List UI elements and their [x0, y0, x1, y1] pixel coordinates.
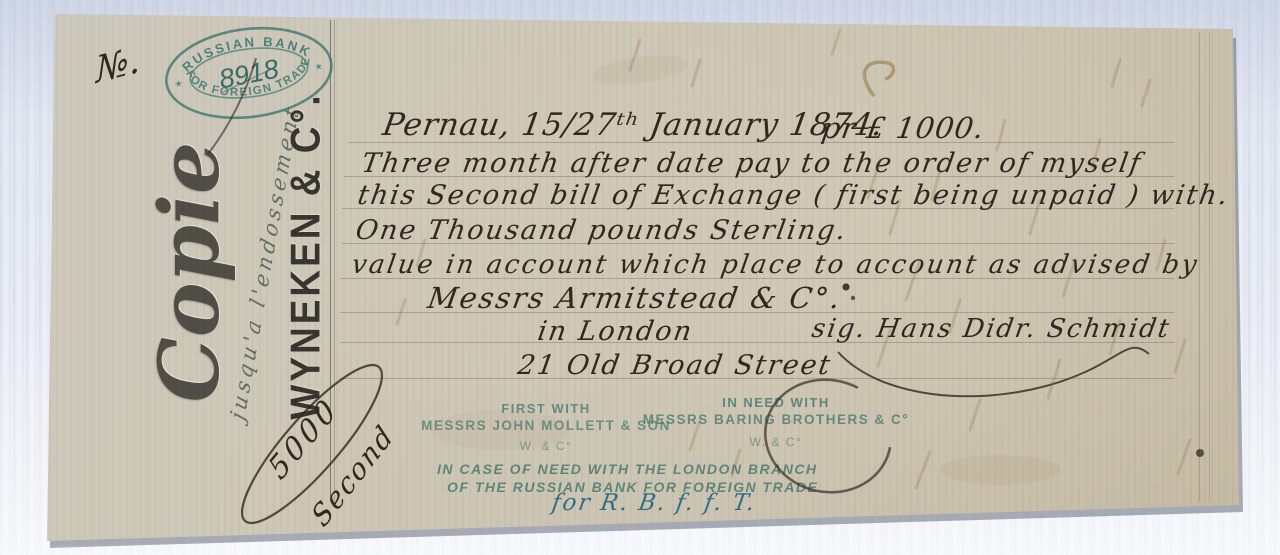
ruled-line — [340, 342, 1174, 343]
number-mark: №. — [95, 42, 140, 90]
stamp-top-text: RUSSIAN BANK — [177, 27, 316, 76]
column-rule — [1199, 32, 1200, 502]
tenor-line: Three month after date pay to the order … — [360, 150, 1144, 177]
endorsement-handwritten: for R. B. f. f. T. — [550, 492, 758, 515]
value-clause-line: value in account which place to account … — [350, 252, 1201, 278]
svg-text:FOR FOREIGN TRADE: FOR FOREIGN TRADE — [183, 54, 317, 106]
notation-5000: 5000 — [264, 392, 344, 485]
amount-words-line: One Thousand pounds Sterling. — [354, 217, 849, 244]
ink-blot — [1196, 449, 1204, 457]
stamp-bottom-text: FOR FOREIGN TRADE — [183, 54, 317, 106]
drawee-city: in London — [536, 318, 695, 345]
bank-stamp: RUSSIAN BANK FOR FOREIGN TRADE ★ ★ 8918 — [158, 16, 340, 132]
soft-stain — [940, 455, 1060, 485]
ink-blot — [851, 296, 855, 300]
ruled-line — [340, 312, 1174, 313]
copie-label: Copie — [142, 142, 238, 403]
notation-second: Second — [308, 420, 399, 532]
notation-flourish — [225, 349, 400, 538]
drawee-address: 21 Old Broad Street — [516, 352, 834, 379]
column-rule — [1209, 32, 1210, 502]
stamp-outer-oval — [161, 19, 336, 127]
ruled-line — [348, 142, 1174, 143]
ruled-line — [340, 378, 1174, 379]
case-of-need-line-1: IN CASE OF NEED WITH THE LONDON BRANCH — [437, 462, 818, 476]
in-need-initials: W. & C° — [660, 436, 892, 448]
in-need-firm: MESSRS BARING BROTHERS & C° — [630, 413, 922, 427]
first-with-firm: MESSRS JOHN MOLLETT & SON — [404, 419, 688, 433]
photo-background: №. RUSSIAN BANK FOR FOREIGN TRADE ★ ★ 89… — [0, 0, 1280, 555]
bleed-through-marks — [397, 30, 1190, 488]
place-date-line: Pernau, 15/27ᵗʰ January 1874. — [381, 110, 886, 141]
ruled-line — [340, 278, 1174, 279]
pen-slash — [208, 58, 256, 154]
bill-document: №. RUSSIAN BANK FOR FOREIGN TRADE ★ ★ 89… — [0, 0, 1280, 555]
soft-stain — [430, 410, 570, 450]
star-ornament-right-icon: ★ — [314, 61, 323, 72]
signature: sig. Hans Didr. Schmidt — [810, 316, 1173, 342]
ruled-line — [342, 208, 1174, 209]
counterfoil-divider — [330, 20, 335, 502]
first-with-label: FIRST WITH — [430, 402, 662, 415]
svg-text:RUSSIAN BANK: RUSSIAN BANK — [177, 27, 316, 76]
ink-blot — [842, 283, 849, 290]
stamp-number-strike — [221, 67, 279, 93]
stamp-inner-oval — [187, 42, 310, 104]
star-ornament-left-icon: ★ — [174, 78, 183, 89]
stamp-number: 8918 — [217, 54, 282, 95]
bill-clause-line: this Second bill of Exchange ( first bei… — [356, 182, 1232, 209]
stamp-graphic: RUSSIAN BANK FOR FOREIGN TRADE ★ ★ 8918 — [158, 16, 340, 132]
firm-name-vertical: WYNEKEN & C°. — [282, 92, 329, 419]
in-need-label: IN NEED WITH — [660, 396, 892, 409]
first-with-initials: W. & C° — [430, 440, 662, 452]
endorsement-validity-note: jusqu'a l'endossement — [226, 101, 305, 423]
ruled-line — [344, 176, 1174, 177]
ink-smudge — [865, 62, 894, 96]
amount-figures: pr £ 1000. — [820, 114, 987, 143]
ink-ring-stain — [755, 368, 902, 504]
signature-flourish — [838, 348, 1149, 397]
soft-stain — [591, 50, 690, 89]
stains-overlay — [0, 0, 1280, 555]
ruled-line — [342, 243, 1174, 244]
case-of-need-line-2: OF THE RUSSIAN BANK FOR FOREIGN TRADE — [447, 480, 818, 494]
drawee-name: Messrs Armitstead & C°. — [426, 284, 844, 313]
